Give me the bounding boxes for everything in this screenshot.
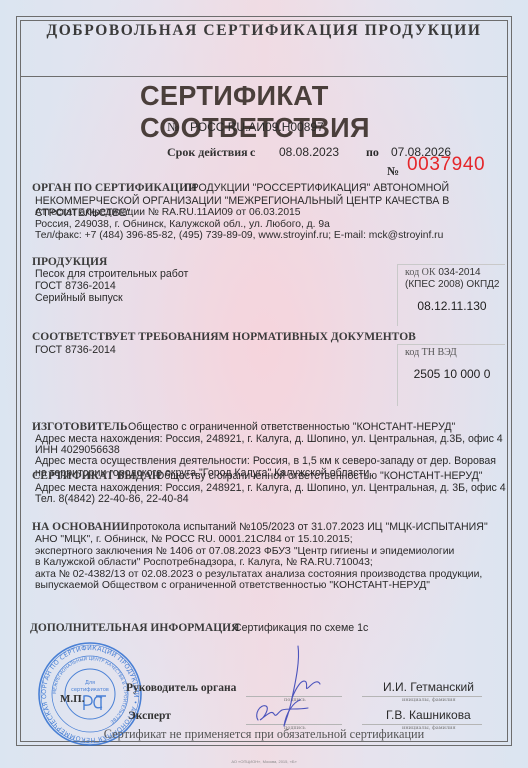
basis-test-protocol: протокола испытаний №105/2023 от 31.07.2…: [130, 521, 488, 533]
issued-to-name: Обществу с ограниченной ответственностью…: [156, 470, 483, 482]
product-details: Песок для строительных работ ГОСТ 8736-2…: [35, 268, 188, 304]
okpd-code: 08.12.11.130: [398, 299, 506, 313]
okpd-code-box: код ОК 034-2014 (КПЕС 2008) ОКПД2 08.12.…: [397, 264, 505, 326]
basis-line: в Калужской области" Роспотребнадзора, г…: [35, 557, 482, 569]
header-title: ДОБРОВОЛЬНАЯ СЕРТИФИКАЦИЯ ПРОДУКЦИИ: [20, 22, 508, 40]
product-standard: ГОСТ 8736-2014: [35, 280, 188, 292]
accreditation-line: Аттестат аккредитации № RA.RU.11АИ09 от …: [35, 207, 443, 219]
tnved-code-box: код ТН ВЭД 2505 10 000 0: [397, 344, 505, 406]
tnved-label: код ТН ВЭД: [405, 347, 457, 359]
product-release-type: Серийный выпуск: [35, 292, 188, 304]
header-divider: [20, 76, 508, 77]
basis-line: выпускаемой Обществом с ограниченной отв…: [35, 580, 482, 592]
basis-line: АНО "МЦК", г. Обнинск, № РОСС RU. 0001.2…: [35, 534, 482, 546]
issued-to-heading: СЕРТИФИКАТ ВЫДАН: [32, 470, 161, 482]
issued-to-details: Адрес места нахождения: Россия, 248921, …: [35, 483, 506, 505]
expert-name: Г.В. Кашникова: [386, 708, 471, 722]
tnved-code: 2505 10 000 0: [398, 367, 506, 381]
head-of-body-name: И.И. Гетманский: [383, 680, 474, 694]
conformity-document: ГОСТ 8736-2014: [35, 344, 116, 356]
issued-to-phone: Тел. 8(4842) 22-40-86, 22-40-84: [35, 494, 506, 505]
svg-text:Для: Для: [85, 680, 95, 686]
basis-line: экспертного заключения № 1406 от 07.08.2…: [35, 546, 482, 558]
footer-note: Сертификат не применяется при обязательн…: [20, 727, 508, 742]
product-name: Песок для строительных работ: [35, 268, 188, 280]
basis-heading: НА ОСНОВАНИИ: [32, 521, 130, 533]
additional-info-value: Сертификация по схеме 1с: [234, 622, 368, 634]
validity-from-prefix: с: [250, 145, 255, 160]
address-line: Россия, 249038, г. Обнинск, Калужской об…: [35, 219, 443, 231]
number-sign: №: [167, 120, 179, 135]
validity-to-prefix: по: [366, 145, 379, 160]
basis-details: АНО "МЦК", г. Обнинск, № РОСС RU. 0001.2…: [35, 534, 482, 592]
product-heading: ПРОДУКЦИЯ: [32, 256, 107, 268]
blank-number-sign: №: [387, 164, 399, 179]
handwritten-signatures-icon: [240, 640, 340, 730]
printer-imprint: АО «ОПЦИОН», Москва, 2015, «Б»: [200, 759, 328, 764]
basis-line: акта № 02-4382/13 от 02.08.2023 о резуль…: [35, 569, 482, 581]
head-of-body-label: Руководитель органа: [126, 682, 236, 694]
expert-label: Эксперт: [128, 710, 171, 722]
validity-label: Срок действия: [167, 145, 248, 160]
manufacturer-heading: ИЗГОТОВИТЕЛЬ: [32, 421, 127, 433]
certificate-title: СЕРТИФИКАТ СООТВЕТСТВИЯ: [140, 80, 516, 144]
blank-serial-number: 0037940: [407, 154, 485, 176]
contacts-line: Тел/факс: +7 (484) 396-85-82, (495) 739-…: [35, 230, 443, 242]
certificate-number: РОСС RU.АИ09.Н00897: [190, 120, 324, 134]
certification-body-details: Аттестат аккредитации № RA.RU.11АИ09 от …: [35, 207, 443, 242]
stamp-place-label: М.П.: [60, 693, 84, 705]
certification-body-heading: ОРГАН ПО СЕРТИФИКАЦИИ: [32, 182, 197, 194]
conformity-heading: СООТВЕТСТВУЕТ ТРЕБОВАНИЯМ НОРМАТИВНЫХ ДО…: [32, 331, 416, 343]
okpd-label: код ОК 034-2014 (КПЕС 2008) ОКПД2: [405, 267, 500, 290]
additional-info-heading: ДОПОЛНИТЕЛЬНАЯ ИНФОРМАЦИЯ: [30, 622, 239, 634]
manufacturer-activity-address-1: Адрес места осуществления деятельности: …: [35, 456, 503, 467]
manufacturer-name: Общество с ограниченной ответственностью…: [128, 421, 455, 433]
name-caption: инициалы, фамилия: [402, 697, 456, 703]
certification-body-name-1: ПРОДУКЦИИ "РОССЕРТИФИКАЦИЯ" АВТОНОМНОЙ: [184, 182, 449, 194]
valid-from-date: 08.08.2023: [279, 145, 339, 159]
